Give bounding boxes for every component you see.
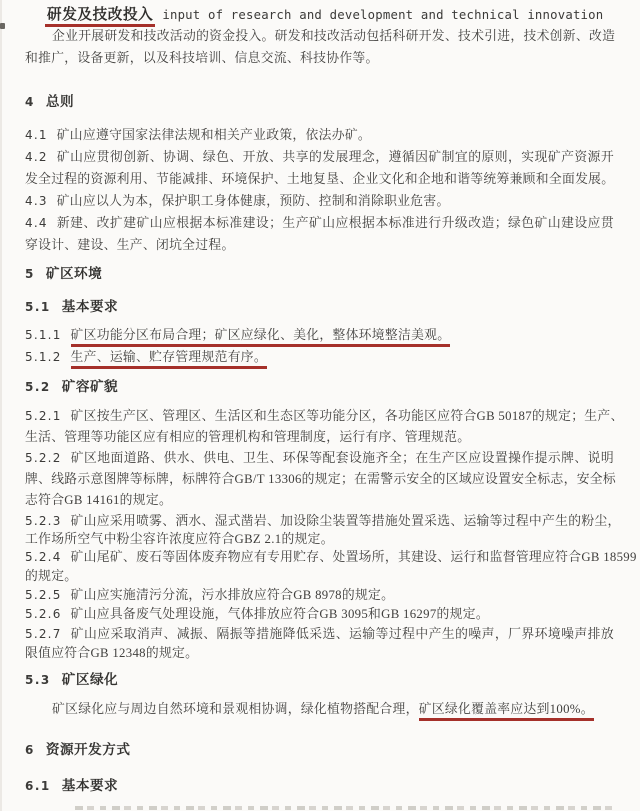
heading-chapter-6-number: 6 xyxy=(25,743,35,757)
paragraph-5-3-underlined-text: 矿区绿化覆盖率应达到100%。 xyxy=(419,702,594,721)
clause-5-2-2-number: 5.2.2 xyxy=(25,451,62,465)
heading-chapter-5-number: 5 xyxy=(25,267,35,281)
clause-4-2-line-2: 发全过程的资源利用、节能减排、环境保护、土地复垦、企业文化和企地和谐等统筹兼顾和… xyxy=(25,169,614,190)
clause-5-1-2-number: 5.1.2 xyxy=(25,350,62,364)
clause-5-1-1: 5.1.1矿区功能分区布局合理；矿区应绿化、美化，整体环境整洁美观。 xyxy=(25,325,614,346)
clause-5-2-5: 5.2.5矿山应实施清污分流，污水排放应符合GB 8978的规定。 xyxy=(25,585,614,606)
clause-4-2-number: 4.2 xyxy=(25,150,48,164)
clause-4-4-line-1: 4.4新建、改扩建矿山应根据本标准建设；生产矿山应根据本标准进行升级改造；绿色矿… xyxy=(25,213,614,234)
clause-5-2-3-number: 5.2.3 xyxy=(25,514,62,528)
heading-section-5-3: 5.3矿区绿化 xyxy=(25,670,614,691)
clause-5-2-2-text-1: 矿区地面道路、供水、供电、卫生、环保等配套设施齐全；在生产区应设置操作提示牌、说… xyxy=(71,451,614,465)
clause-4-3-text: 矿山应以人为本，保护职工身体健康，预防、控制和消除职业危害。 xyxy=(57,194,450,208)
heading-chapter-5-title: 矿区环境 xyxy=(46,266,102,282)
heading-section-6-1-number: 6.1 xyxy=(25,779,51,793)
clause-5-2-5-text: 矿山应实施清污分流，污水排放应符合GB 8978的规定。 xyxy=(71,588,395,602)
heading-section-5-3-title: 矿区绿化 xyxy=(62,672,118,688)
clause-5-1-2: 5.1.2生产、运输、贮存管理规范有序。 xyxy=(25,347,614,368)
scan-edge-shadow xyxy=(0,0,2,811)
clause-5-2-2-line-3: 志符合GB 14161的规定。 xyxy=(25,490,614,511)
scan-edge-mark xyxy=(0,23,5,29)
clause-5-2-6-number: 5.2.6 xyxy=(25,607,62,621)
heading-section-5-1: 5.1基本要求 xyxy=(25,297,614,318)
clause-5-2-1-text-1: 矿区按生产区、管理区、生活区和生态区等功能分区，各功能区应符合GB 50187的… xyxy=(71,409,624,423)
term-title-cn: 研发及技改投入 xyxy=(45,6,155,27)
clause-5-1-2-text-underlined: 生产、运输、贮存管理规范有序。 xyxy=(71,350,267,369)
term-definition-line-1: 企业开展研发和技改活动的资金投入。研发和技改活动包括科研开发、技术引进，技术创新… xyxy=(25,26,614,47)
clause-4-1: 4.1矿山应遵守国家法律法规和相关产业政策，依法办矿。 xyxy=(25,125,614,146)
heading-chapter-6-title: 资源开发方式 xyxy=(46,742,131,758)
clause-5-1-1-number: 5.1.1 xyxy=(25,328,62,342)
heading-section-5-1-title: 基本要求 xyxy=(62,299,118,315)
clause-5-2-4-number: 5.2.4 xyxy=(25,550,62,564)
heading-section-5-2: 5.2矿容矿貌 xyxy=(25,377,614,398)
clause-4-3: 4.3矿山应以人为本，保护职工身体健康，预防、控制和消除职业危害。 xyxy=(25,191,614,212)
heading-chapter-4-number: 4 xyxy=(25,95,35,109)
heading-section-6-1-title: 基本要求 xyxy=(62,778,118,794)
clause-5-2-4-text-1: 矿山尾矿、废石等固体废弃物应有专用贮存、处置场所，其建设、运行和监督管理应符合G… xyxy=(71,550,637,564)
clause-5-2-1-line-1: 5.2.1矿区按生产区、管理区、生活区和生态区等功能分区，各功能区应符合GB 5… xyxy=(25,406,614,427)
term-title-en: input of research and development and te… xyxy=(162,8,603,22)
clause-5-2-4-line-1: 5.2.4矿山尾矿、废石等固体废弃物应有专用贮存、处置场所，其建设、运行和监督管… xyxy=(25,547,614,568)
paragraph-5-3-plain-text: 矿区绿化应与周边自然环境和景观相协调，绿化植物搭配合理， xyxy=(52,702,419,716)
heading-section-6-1: 6.1基本要求 xyxy=(25,776,614,797)
clause-5-2-6-text: 矿山应具备废气处理设施，气体排放应符合GB 3095和GB 16297的规定。 xyxy=(71,607,489,621)
document-page: 研发及技改投入input of research and development… xyxy=(0,0,640,811)
clause-4-1-number: 4.1 xyxy=(25,128,48,142)
heading-section-5-2-title: 矿容矿貌 xyxy=(62,379,118,395)
heading-section-5-2-number: 5.2 xyxy=(25,380,51,394)
clause-5-2-7-text-1: 矿山应采取消声、减振、隔振等措施降低采选、运输等过程中产生的噪声，厂界环境噪声排… xyxy=(71,627,614,641)
clause-4-4-line-2: 穿设计、建设、生产、闭坑全过程。 xyxy=(25,235,614,256)
heading-chapter-4-title: 总则 xyxy=(46,94,74,110)
clause-4-3-number: 4.3 xyxy=(25,194,48,208)
heading-chapter-5: 5矿区环境 xyxy=(25,264,614,285)
clause-4-4-text-1: 新建、改扩建矿山应根据本标准建设；生产矿山应根据本标准进行升级改造；绿色矿山建设… xyxy=(57,216,614,230)
heading-section-5-3-number: 5.3 xyxy=(25,673,51,687)
clause-5-2-7-line-1: 5.2.7矿山应采取消声、减振、隔振等措施降低采选、运输等过程中产生的噪声，厂界… xyxy=(25,624,614,645)
clause-4-2-line-1: 4.2矿山应贯彻创新、协调、绿色、开放、共享的发展理念，遵循因矿制宜的原则，实现… xyxy=(25,147,614,168)
clause-5-2-2-line-1: 5.2.2矿区地面道路、供水、供电、卫生、环保等配套设施齐全；在生产区应设置操作… xyxy=(25,448,614,469)
clause-5-1-1-text-underlined: 矿区功能分区布局合理；矿区应绿化、美化，整体环境整洁美观。 xyxy=(71,328,451,347)
clause-5-2-5-number: 5.2.5 xyxy=(25,588,62,602)
clause-5-2-6: 5.2.6矿山应具备废气处理设施，气体排放应符合GB 3095和GB 16297… xyxy=(25,604,614,625)
heading-chapter-4: 4总则 xyxy=(25,92,614,113)
clause-5-2-2-line-2: 牌、线路示意图牌等标牌，标牌符合GB/T 13306的规定；在需警示安全的区域应… xyxy=(25,469,614,490)
clause-5-2-7-number: 5.2.7 xyxy=(25,627,62,641)
clause-5-2-4-line-2: 的规定。 xyxy=(25,566,614,587)
clause-5-2-7-line-2: 限值应符合GB 12348的规定。 xyxy=(25,643,614,664)
heading-chapter-6: 6资源开发方式 xyxy=(25,740,614,761)
cutoff-next-line xyxy=(75,806,612,810)
clause-5-2-1-number: 5.2.1 xyxy=(25,409,62,423)
clause-5-2-1-line-2: 生活、管理等功能区应有相应的管理机构和管理制度，运行有序、管理规范。 xyxy=(25,427,614,448)
term-definition-line-2: 和推广，设备更新，以及科技培训、信息交流、科技协作等。 xyxy=(25,48,614,69)
heading-section-5-1-number: 5.1 xyxy=(25,300,51,314)
clause-4-2-text-1: 矿山应贯彻创新、协调、绿色、开放、共享的发展理念，遵循因矿制宜的原则，实现矿产资… xyxy=(57,150,614,164)
term-title-line: 研发及技改投入input of research and development… xyxy=(25,4,614,25)
paragraph-5-3: 矿区绿化应与周边自然环境和景观相协调，绿化植物搭配合理，矿区绿化覆盖率应达到10… xyxy=(25,699,614,720)
clause-4-4-number: 4.4 xyxy=(25,216,48,230)
clause-5-2-3-text-1: 矿山应采用喷雾、洒水、湿式凿岩、加设除尘装置等措施处置采选、运输等过程中产生的粉… xyxy=(71,514,621,528)
clause-4-1-text: 矿山应遵守国家法律法规和相关产业政策，依法办矿。 xyxy=(57,128,371,142)
